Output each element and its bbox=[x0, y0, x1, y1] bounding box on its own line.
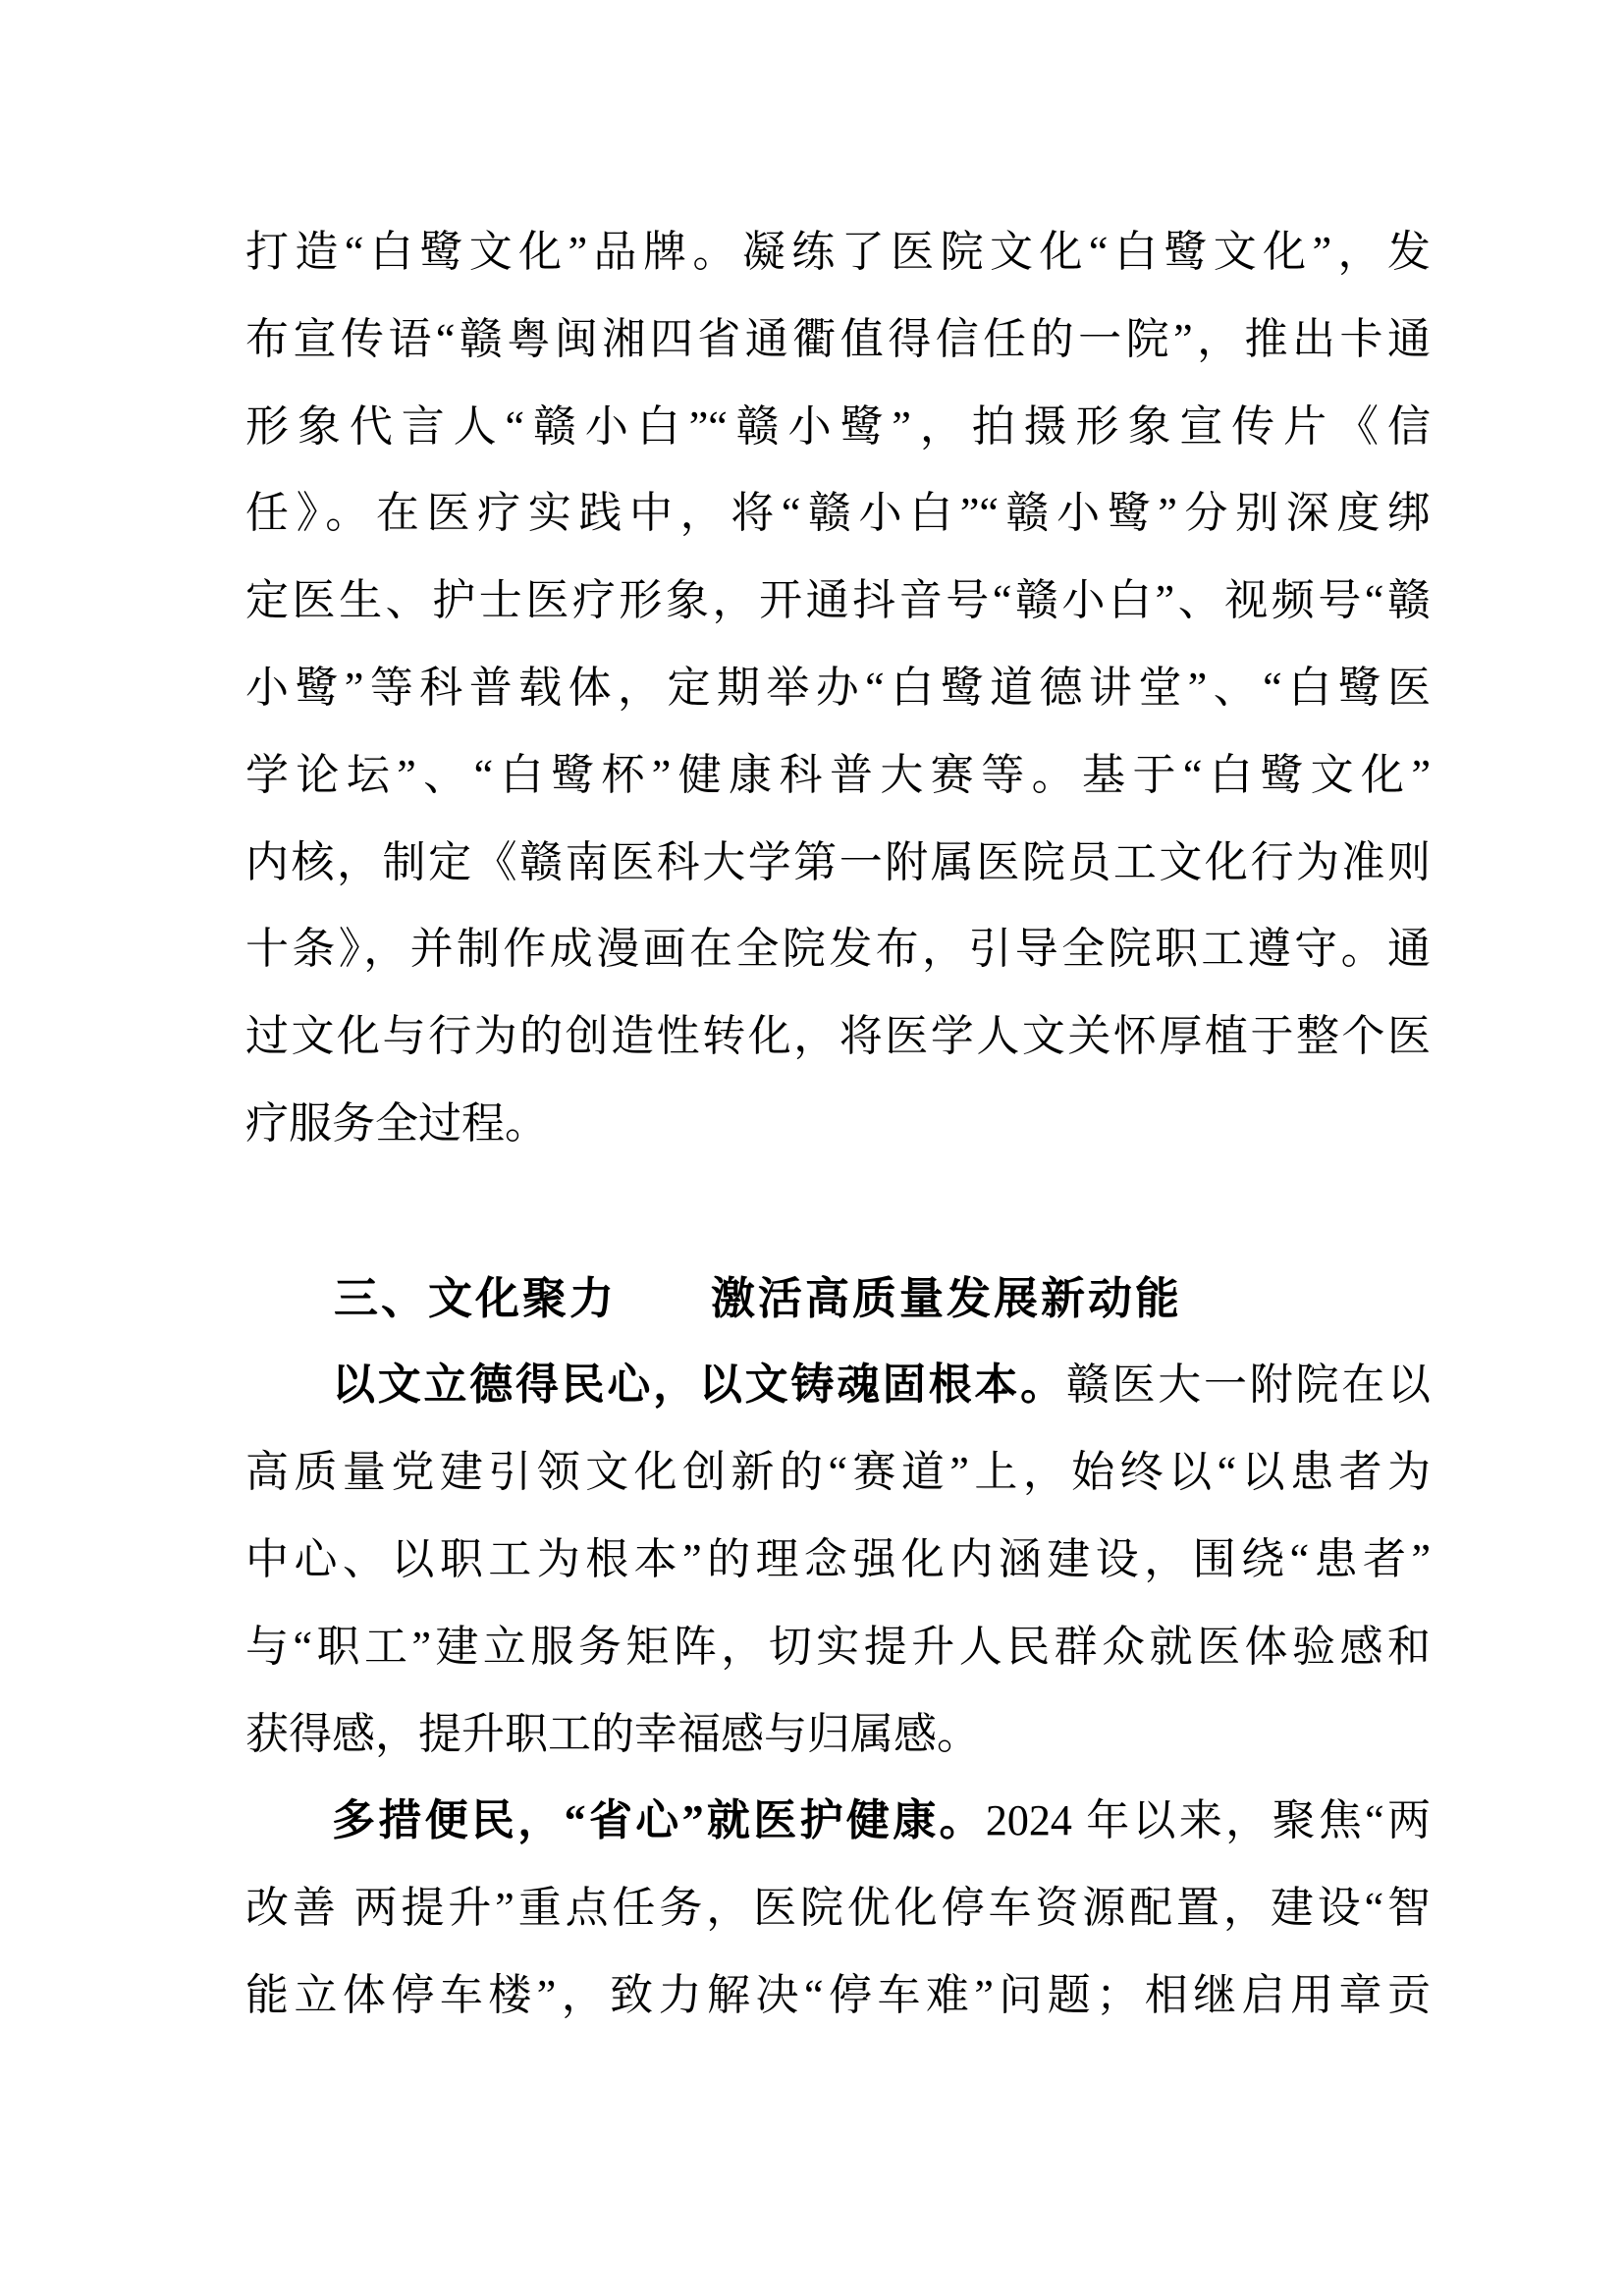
text-segment: 内核，制定《赣南医科大学第一附属医院员工文化行为准则 bbox=[245, 838, 1431, 886]
text-segment: 学论坛”、“白鹭杯”健康科普大赛等。基于“白鹭文化” bbox=[245, 751, 1431, 799]
text-segment: 2024 年以来，聚焦“两 bbox=[986, 1796, 1431, 1844]
text-line: 高质量党建引领文化创新的“赛道”上，始终以“以患者为 bbox=[245, 1429, 1431, 1517]
text-line: 与“职工”建立服务矩阵，切实提升人民群众就医体验感和 bbox=[245, 1604, 1431, 1691]
text-segment: 任》。在医疗实践中，将“赣小白”“赣小鹭”分别深度绑 bbox=[245, 489, 1431, 537]
text-line: 形象代言人“赣小白”“赣小鹭”，拍摄形象宣传片《信 bbox=[245, 384, 1431, 471]
text-line: 多措便民，“省心”就医护健康。2024 年以来，聚焦“两 bbox=[245, 1778, 1431, 1865]
text-segment: 十条》，并制作成漫画在全院发布，引导全院职工遵守。通 bbox=[245, 925, 1431, 973]
text-line: 布宣传语“赣粤闽湘四省通衢值得信任的一院”，推出卡通 bbox=[245, 296, 1431, 384]
text-line: 定医生、护士医疗形象，开通抖音号“赣小白”、视频号“赣 bbox=[245, 558, 1431, 645]
text-line: 能立体停车楼”，致力解决“停车难”问题；相继启用章贡 bbox=[245, 1952, 1431, 2040]
blank-line bbox=[245, 1168, 1431, 1255]
text-line: 过文化与行为的创造性转化，将医学人文关怀厚植于整个医 bbox=[245, 993, 1431, 1081]
text-line: 改善 两提升”重点任务，医院优化停车资源配置，建设“智 bbox=[245, 1865, 1431, 1952]
text-segment: 定医生、护士医疗形象，开通抖音号“赣小白”、视频号“赣 bbox=[245, 576, 1431, 624]
text-line: 获得感，提升职工的幸福感与归属感。 bbox=[245, 1691, 1431, 1779]
text-segment: 打造“白鹭文化”品牌。凝练了医院文化“白鹭文化”，发 bbox=[245, 228, 1431, 276]
text-segment: 疗服务全过程。 bbox=[245, 1099, 548, 1148]
bold-text-segment: 以文立德得民心，以文铸魂固根本。 bbox=[332, 1361, 1066, 1409]
text-segment: 获得感，提升职工的幸福感与归属感。 bbox=[245, 1710, 980, 1758]
text-segment: 中心、以职工为根本”的理念强化内涵建设，围绕“患者” bbox=[245, 1535, 1431, 1583]
text-segment: 赣医大一附院在以 bbox=[1066, 1361, 1431, 1409]
text-line: 中心、以职工为根本”的理念强化内涵建设，围绕“患者” bbox=[245, 1517, 1431, 1604]
text-segment: 能立体停车楼”，致力解决“停车难”问题；相继启用章贡 bbox=[245, 1971, 1431, 2019]
text-line: 内核，制定《赣南医科大学第一附属医院员工文化行为准则 bbox=[245, 820, 1431, 907]
text-segment: 过文化与行为的创造性转化，将医学人文关怀厚植于整个医 bbox=[245, 1012, 1431, 1060]
text-segment: 改善 两提升”重点任务，医院优化停车资源配置，建设“智 bbox=[245, 1884, 1431, 1932]
text-line: 打造“白鹭文化”品牌。凝练了医院文化“白鹭文化”，发 bbox=[245, 209, 1431, 296]
document-body: 打造“白鹭文化”品牌。凝练了医院文化“白鹭文化”，发布宣传语“赣粤闽湘四省通衢值… bbox=[245, 209, 1431, 2040]
section-heading: 三、文化聚力 激活高质量发展新动能 bbox=[245, 1255, 1431, 1343]
text-line: 学论坛”、“白鹭杯”健康科普大赛等。基于“白鹭文化” bbox=[245, 732, 1431, 820]
text-line: 以文立德得民心，以文铸魂固根本。赣医大一附院在以 bbox=[245, 1342, 1431, 1429]
document-page: 打造“白鹭文化”品牌。凝练了医院文化“白鹭文化”，发布宣传语“赣粤闽湘四省通衢值… bbox=[0, 0, 1624, 2296]
text-segment: 布宣传语“赣粤闽湘四省通衢值得信任的一院”，推出卡通 bbox=[245, 315, 1431, 363]
bold-text-segment: 三、文化聚力 激活高质量发展新动能 bbox=[334, 1273, 1182, 1323]
text-line: 任》。在医疗实践中，将“赣小白”“赣小鹭”分别深度绑 bbox=[245, 470, 1431, 558]
text-segment: 小鹭”等科普载体，定期举办“白鹭道德讲堂”、“白鹭医 bbox=[245, 664, 1431, 712]
bold-text-segment: 多措便民，“省心”就医护健康。 bbox=[332, 1796, 986, 1844]
text-segment: 形象代言人“赣小白”“赣小鹭”，拍摄形象宣传片《信 bbox=[245, 402, 1431, 451]
text-line: 小鹭”等科普载体，定期举办“白鹭道德讲堂”、“白鹭医 bbox=[245, 645, 1431, 732]
text-segment: 高质量党建引领文化创新的“赛道”上，始终以“以患者为 bbox=[245, 1448, 1431, 1496]
text-line: 十条》，并制作成漫画在全院发布，引导全院职工遵守。通 bbox=[245, 906, 1431, 993]
text-line: 疗服务全过程。 bbox=[245, 1081, 1431, 1168]
text-segment: 与“职工”建立服务矩阵，切实提升人民群众就医体验感和 bbox=[245, 1623, 1431, 1671]
